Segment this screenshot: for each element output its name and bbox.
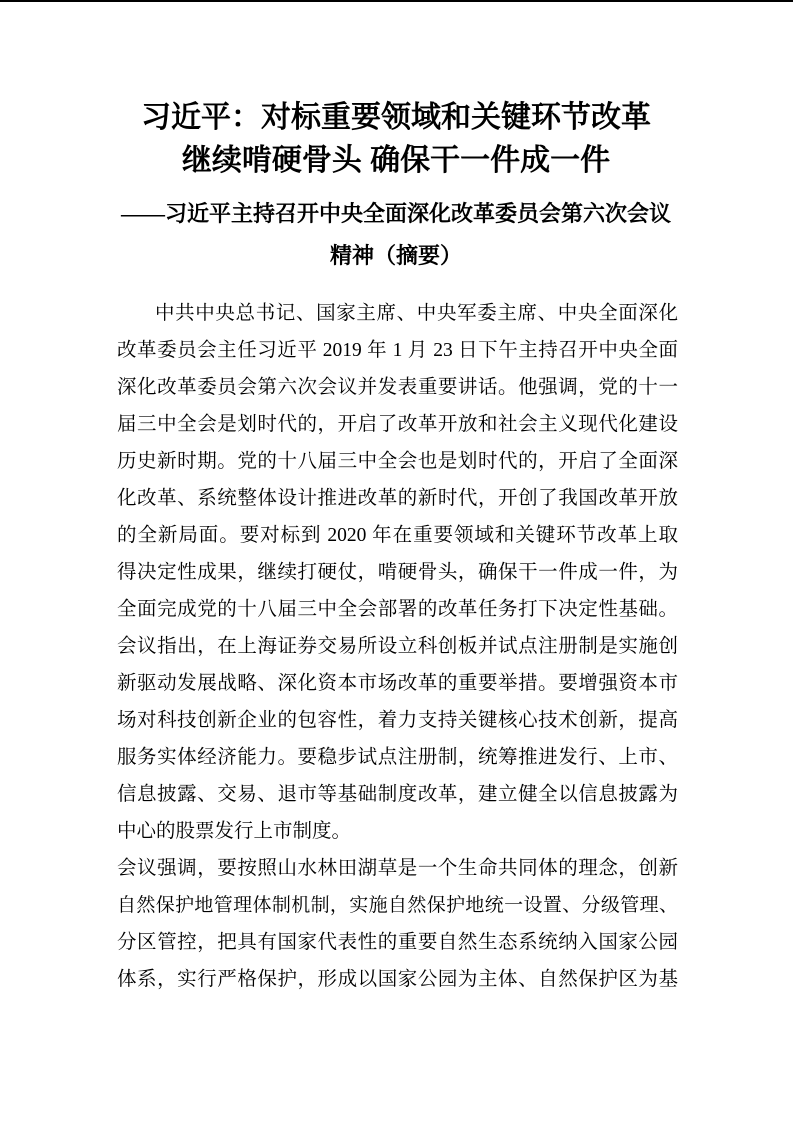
- body-line: 的全新局面。要对标到 2020 年在重要领域和关键环节改革上取: [117, 517, 678, 554]
- body-line: 改革委员会主任习近平 2019 年 1 月 23 日下午主持召开中央全面: [117, 332, 678, 369]
- body-line: 分区管控，把具有国家代表性的重要自然生态系统纳入国家公园: [117, 924, 678, 961]
- article-title-line-1: 习近平：对标重要领域和关键环节改革: [96, 96, 696, 139]
- body-line: 服务实体经济能力。要稳步试点注册制，统筹推进发行、上市、: [117, 739, 678, 776]
- article-subtitle: ——习近平主持召开中央全面深化改革委员会第六次会议 精神（摘要）: [96, 193, 696, 277]
- body-line: 场对科技创新企业的包容性，着力支持关键核心技术创新，提高: [117, 702, 678, 739]
- body-line: 自然保护地管理体制机制，实施自然保护地统一设置、分级管理、: [117, 887, 678, 924]
- paragraph-2: 会议强调，要按照山水林田湖草是一个生命共同体的理念，创新 自然保护地管理体制机制…: [117, 850, 678, 998]
- body-line: 深化改革委员会第六次会议并发表重要讲话。他强调，党的十一: [117, 369, 678, 406]
- top-edge-line: [0, 0, 793, 2]
- body-line: 会议指出，在上海证券交易所设立科创板并试点注册制是实施创: [117, 628, 678, 665]
- article-title: 习近平：对标重要领域和关键环节改革 继续啃硬骨头 确保干一件成一件: [96, 96, 696, 182]
- body-line: 历史新时期。党的十八届三中全会也是划时代的，开启了全面深: [117, 443, 678, 480]
- article-subtitle-line-2: 精神（摘要）: [96, 235, 696, 277]
- article-body: 中共中央总书记、国家主席、中央军委主席、中央全面深化 改革委员会主任习近平 20…: [117, 295, 678, 998]
- body-line: 得决定性成果，继续打硬仗，啃硬骨头，确保干一件成一件，为: [117, 554, 678, 591]
- body-line: 新驱动发展战略、深化资本市场改革的重要举措。要增强资本市: [117, 665, 678, 702]
- body-line: 化改革、系统整体设计推进改革的新时代，开创了我国改革开放: [117, 480, 678, 517]
- body-line: 信息披露、交易、退市等基础制度改革，建立健全以信息披露为: [117, 776, 678, 813]
- body-line: 会议强调，要按照山水林田湖草是一个生命共同体的理念，创新: [117, 850, 678, 887]
- article-subtitle-line-1: ——习近平主持召开中央全面深化改革委员会第六次会议: [96, 193, 696, 235]
- article-title-line-2: 继续啃硬骨头 确保干一件成一件: [96, 139, 696, 182]
- body-line: 全面完成党的十八届三中全会部署的改革任务打下决定性基础。: [117, 591, 678, 628]
- document-page: 习近平：对标重要领域和关键环节改革 继续啃硬骨头 确保干一件成一件 ——习近平主…: [0, 0, 793, 1122]
- body-line: 中心的股票发行上市制度。: [117, 813, 678, 850]
- body-line: 届三中全会是划时代的，开启了改革开放和社会主义现代化建设: [117, 406, 678, 443]
- body-line: 中共中央总书记、国家主席、中央军委主席、中央全面深化: [117, 295, 678, 332]
- paragraph-1: 中共中央总书记、国家主席、中央军委主席、中央全面深化 改革委员会主任习近平 20…: [117, 295, 678, 850]
- body-line: 体系，实行严格保护，形成以国家公园为主体、自然保护区为基: [117, 961, 678, 998]
